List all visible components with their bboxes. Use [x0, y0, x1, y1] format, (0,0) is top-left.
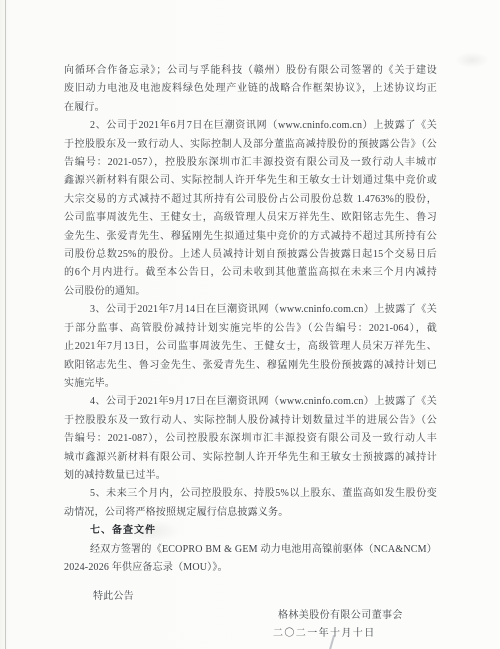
- body-line: 城市鑫源兴新材料有限公司、实际控制人许开华先生和王敏女士预披露的减持计: [64, 449, 437, 467]
- body-line: 止2021年7月13日，公司监事周波先生、王健女士，高级管理人员宋万祥先生、: [64, 338, 437, 356]
- body-line: 公司股份的通知。: [64, 283, 437, 301]
- body-line: 司股份总数25%的股份。上述人员减持计划自预披露公告披露日起15个交易日后: [64, 246, 437, 264]
- closing-statement: 特此公告: [64, 588, 437, 606]
- filing-line: 经双方签署的《ECOPRO BM & GEM 动力电池用高镍前驱体（NCA&NC…: [64, 541, 437, 559]
- body-line: 废旧动力电池及电池废料绿色处理产业链的战略合作框架协议》，上述协议均正: [64, 80, 437, 98]
- body-line: 金先生、张爱青先生、穆猛刚先生拟通过集中竞价的方式减持不超过其所持有公: [64, 228, 437, 246]
- document-body: 向循环合作备忘录》；公司与孚能科技（赣州）股份有限公司签署的《关于建设 废旧动力…: [64, 62, 437, 644]
- page-edge-scan-line: [5, 0, 6, 649]
- body-line: 于部分监事、高管股份减持计划实施完毕的公告》（公告编号：2021-064），截: [64, 320, 437, 338]
- body-line: 公司监事周波先生、王健女士，高级管理人员宋万祥先生、欧阳铭志先生、鲁习: [64, 209, 437, 227]
- body-line: 告编号：2021-057），控股股东深圳市汇丰源投资有限公司及一致行动人丰城市: [64, 154, 437, 172]
- signature-date: 二〇二一年十月十日: [64, 625, 437, 643]
- body-line: 2、公司于2021年6月7日在巨潮资讯网（www.cninfo.com.cn）上…: [64, 117, 437, 135]
- scan-smudge: [455, 52, 489, 68]
- body-line: 在履行。: [64, 99, 437, 117]
- body-line: 向循环合作备忘录》；公司与孚能科技（赣州）股份有限公司签署的《关于建设: [64, 62, 437, 80]
- body-line: 告编号：2021-087），公司控股股东深圳市汇丰源投资有限公司及一致行动人丰: [64, 430, 437, 448]
- body-line: 3、公司于2021年7月14日在巨潮资讯网（www.cninfo.com.cn）…: [64, 301, 437, 319]
- body-line: 4、公司于2021年9月17日在巨潮资讯网（www.cninfo.com.cn）…: [64, 393, 437, 411]
- scanned-document-page: 向循环合作备忘录》；公司与孚能科技（赣州）股份有限公司签署的《关于建设 废旧动力…: [0, 0, 500, 649]
- body-line: 实施完毕。: [64, 375, 437, 393]
- signature-company: 格林美股份有限公司董事会: [64, 607, 437, 625]
- body-line: 大宗交易的方式减持不超过其所持有公司股份占公司股份总数 1.4763%的股份，: [64, 191, 437, 209]
- body-line: 划的减持数量已过半。: [64, 467, 437, 485]
- body-line: 鑫源兴新材料有限公司、实际控制人许开华先生和王敏女士计划通过集中竞价或: [64, 172, 437, 190]
- body-line: 于控股股东及一致行动人、实际控制人股份减持计划数量过半的进展公告》（公: [64, 412, 437, 430]
- body-line: 于控股股东及一致行动人、实际控制人及部分董监高减持股份的预披露公告》（公: [64, 136, 437, 154]
- body-line: 动情况，公司将严格按照规定履行信息披露义务。: [64, 504, 437, 522]
- body-line: 欧阳铭志先生、鲁习金先生、张爱青先生、穆猛刚先生股份预披露的减持计划已: [64, 357, 437, 375]
- body-line: 的6个月内进行。截至本公告日，公司未收到其他董监高拟在未来三个月内减持: [64, 264, 437, 282]
- body-line: 5、未来三个月内，公司控股股东、持股5%以上股东、董监高如发生股份变: [64, 485, 437, 503]
- filing-line: 2024-2026 年供应备忘录（MOU）》。: [64, 559, 437, 577]
- section-heading: 七、备查文件: [64, 522, 437, 540]
